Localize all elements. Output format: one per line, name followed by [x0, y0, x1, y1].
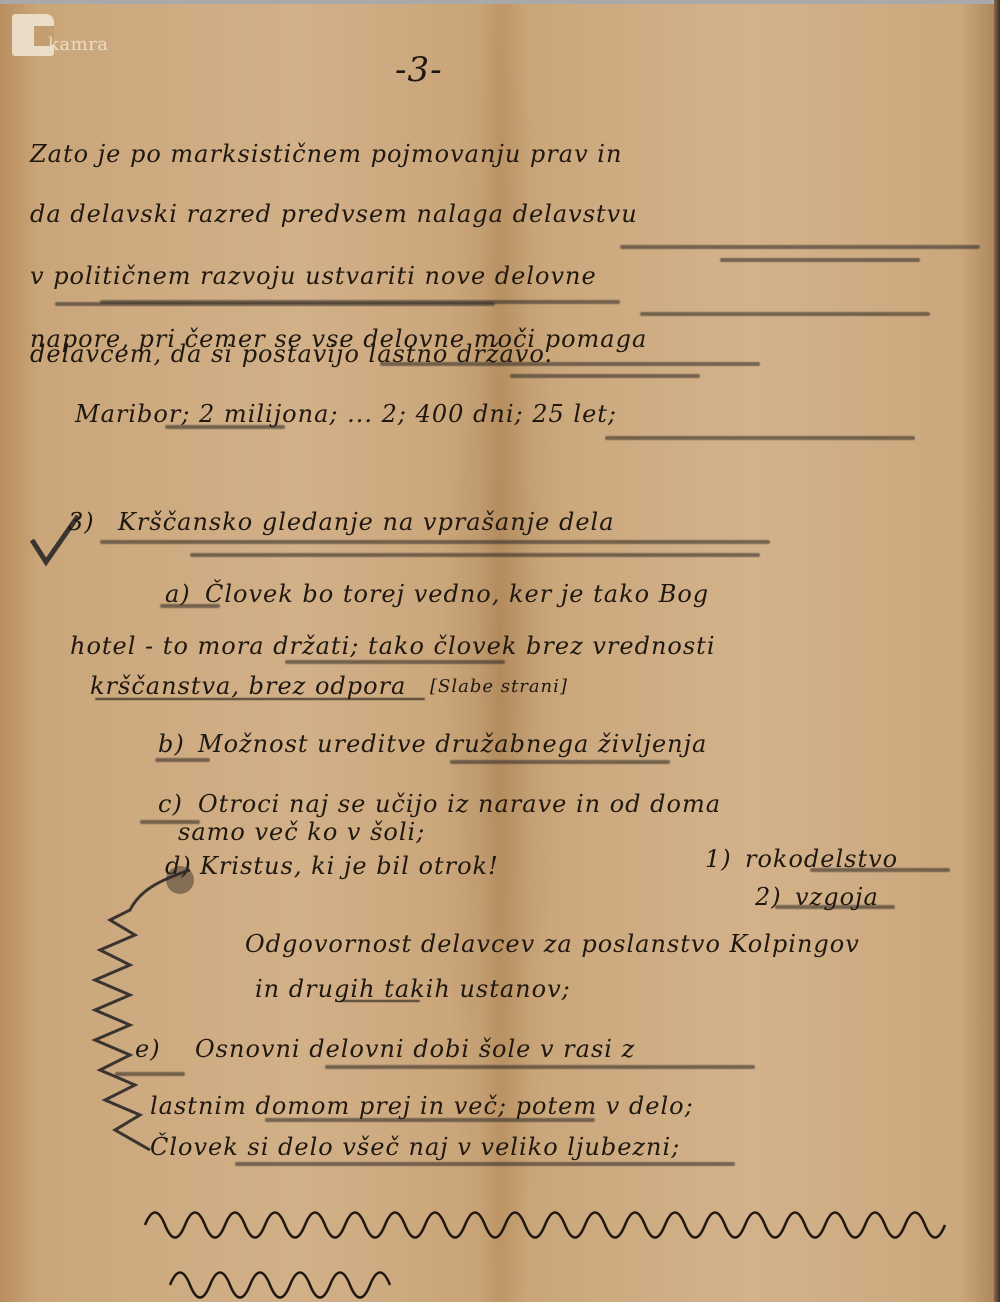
text-line: lastnim domom prej in več; potem v delo;	[150, 1092, 694, 1120]
text-line: Zato je po marksističnem pojmovanju prav…	[30, 140, 622, 168]
scan-top-edge	[0, 0, 1000, 4]
text-line: v političnem razvoju ustvariti nove delo…	[30, 262, 597, 290]
text-line: Otroci naj se učijo iz narave in od doma	[198, 790, 721, 818]
text-line: Človek si delo všeč naj v veliko ljubezn…	[150, 1133, 680, 1161]
page-number: -3-	[395, 50, 443, 90]
bracket-note: [Slabe strani]	[430, 676, 568, 697]
section-heading: Krščansko gledanje na vprašanje dela	[118, 508, 615, 536]
text-line: Možnost ureditve družabnega življenja	[198, 730, 707, 758]
text-line: Maribor; 2 milijona; ... 2; 400 dni; 25 …	[75, 400, 617, 428]
text-line: Kristus, ki je bil otrok!	[200, 852, 499, 880]
scan-right-edge	[994, 0, 1000, 1302]
text-line: samo več ko v šoli;	[178, 818, 425, 846]
text-line: in drugih takih ustanov;	[255, 975, 571, 1003]
item-label-e: e)	[135, 1035, 161, 1063]
text-line: Človek bo torej vedno, ker je tako Bog	[205, 580, 709, 608]
text-line: Odgovornost delavcev za poslanstvo Kolpi…	[245, 930, 860, 958]
text-line: hotel - to mora držati; tako človek brez…	[70, 632, 716, 660]
text-line: da delavski razred predvsem nalaga delav…	[30, 200, 638, 228]
item-label-c: c)	[158, 790, 183, 818]
manuscript-page: kamra -3- Zato je po marksističnem pojmo…	[0, 0, 1000, 1302]
kamra-watermark-logo: kamra	[12, 14, 100, 60]
text-line: krščanstva, brez odpora	[90, 672, 406, 700]
sub-label-1: 1)	[705, 845, 732, 873]
text-line: Osnovni delovni dobi šole v rasi z	[195, 1035, 635, 1063]
item-label-b: b)	[158, 730, 185, 758]
logo-text: kamra	[48, 34, 109, 55]
section-label: 3)	[68, 508, 95, 536]
